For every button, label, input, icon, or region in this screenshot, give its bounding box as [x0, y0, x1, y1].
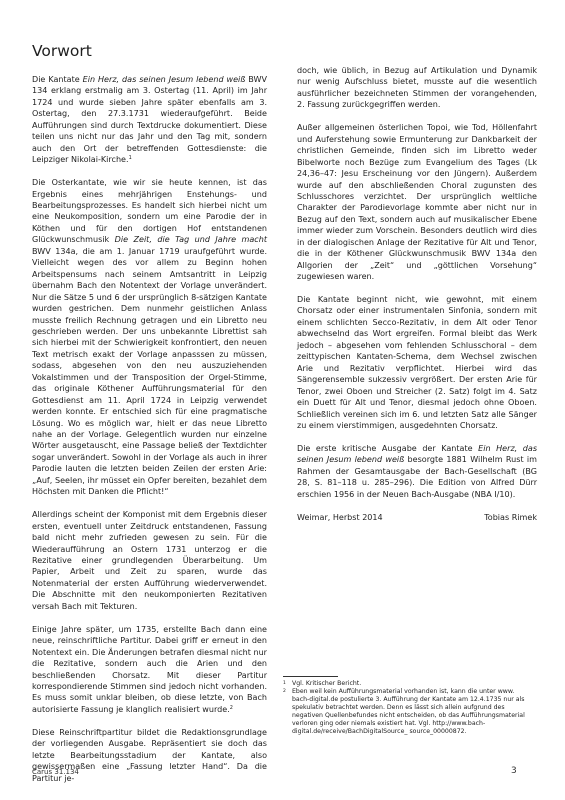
- text: Einige Jahre später, um 1735, erstellte …: [32, 625, 267, 714]
- paragraph: Außer allgemeinen österlichen Topoi, wie…: [297, 122, 537, 282]
- footnote-ref[interactable]: 1: [129, 155, 132, 161]
- paragraph: Einige Jahre später, um 1735, erstellte …: [32, 624, 267, 716]
- text: Die Kantate: [32, 75, 83, 84]
- paragraph: Die Kantate Ein Herz, das seinen Jesum l…: [32, 74, 267, 166]
- footnote: 1 Vgl. Kritischer Bericht.: [283, 680, 533, 688]
- footnote-text: Eben weil kein Aufführungsmaterial vorha…: [292, 688, 533, 736]
- right-column: doch, wie üblich, in Bezug auf Artikulat…: [297, 65, 537, 523]
- footnote: 2 Eben weil kein Aufführungsmaterial vor…: [283, 688, 533, 736]
- paragraph: Allerdings scheint der Komponist mit dem…: [32, 509, 267, 612]
- paragraph: doch, wie üblich, in Bezug auf Artikulat…: [297, 65, 537, 111]
- text: BWV 134a, die am 1. Januar 1719 uraufgef…: [32, 247, 267, 497]
- page-title: Vorwort: [32, 42, 92, 60]
- paragraph: Die erste kritische Ausgabe der Kantate …: [297, 443, 537, 500]
- work-title: Die Zeit, die Tag und Jahre macht: [115, 235, 267, 244]
- page-number: 3: [511, 766, 517, 776]
- footnote-number: 1: [283, 680, 292, 688]
- footnote-ref[interactable]: 2: [230, 705, 233, 711]
- author: Tobias Rimek: [484, 512, 537, 523]
- text: Die erste kritische Ausgabe der Kantate: [297, 444, 478, 453]
- signature: Weimar, Herbst 2014 Tobias Rimek: [297, 512, 537, 523]
- footnote-divider: [283, 676, 338, 677]
- text: BWV 134 erklang erstmalig am 3. Ostertag…: [32, 75, 267, 164]
- footnote-number: 2: [283, 688, 292, 736]
- place-date: Weimar, Herbst 2014: [297, 512, 383, 523]
- paragraph: Die Kantate beginnt nicht, wie gewohnt, …: [297, 294, 537, 431]
- paragraph: Die Osterkantate, wie wir sie heute kenn…: [32, 177, 267, 498]
- left-column: Die Kantate Ein Herz, das seinen Jesum l…: [32, 74, 267, 795]
- publisher-catalog-number: Carus 31.134: [32, 768, 79, 776]
- footnotes: 1 Vgl. Kritischer Bericht. 2 Eben weil k…: [283, 680, 533, 736]
- footnote-text: Vgl. Kritischer Bericht.: [292, 680, 533, 688]
- work-title: Ein Herz, das seinen Jesum lebend weiß: [83, 75, 246, 84]
